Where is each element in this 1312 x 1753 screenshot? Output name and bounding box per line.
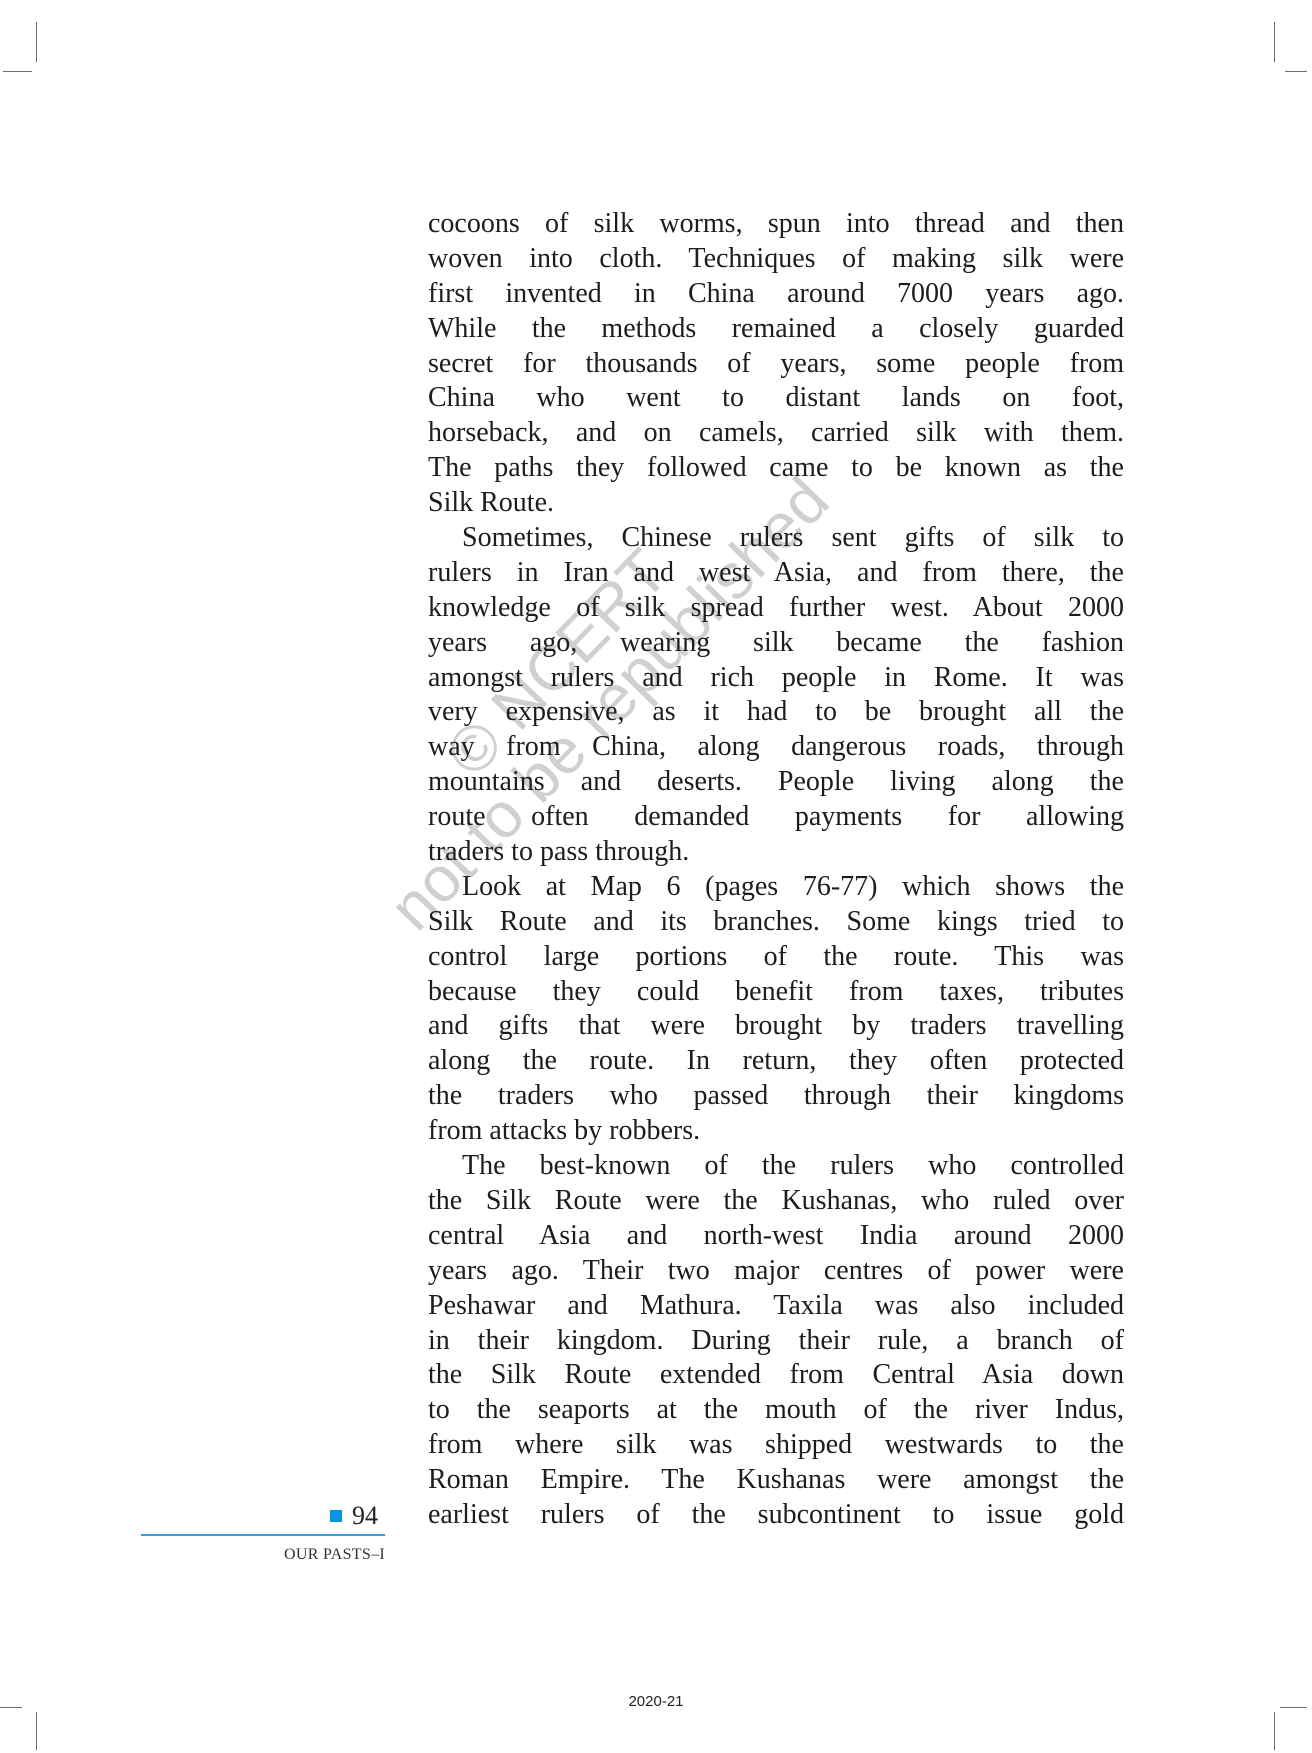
book-title: OUR PASTS–I (252, 1546, 385, 1564)
page-folio: 94 (330, 1503, 378, 1529)
text-line: years ago. Their two major centres of po… (428, 1254, 1124, 1289)
text-line: mountains and deserts. People living alo… (428, 765, 1124, 800)
text-line: route often demanded payments for allowi… (428, 800, 1124, 835)
crop-mark-top-right-horizontal (1285, 71, 1307, 72)
text-line: knowledge of silk spread further west. A… (428, 591, 1124, 626)
text-line: first invented in China around 7000 year… (428, 277, 1124, 312)
body-text: cocoons of silk worms, spun into thread … (428, 207, 1124, 1533)
text-line: The best-known of the rulers who control… (428, 1149, 1124, 1184)
text-line: central Asia and north-west India around… (428, 1219, 1124, 1254)
text-line: the Silk Route extended from Central Asi… (428, 1358, 1124, 1393)
text-line: secret for thousands of years, some peop… (428, 347, 1124, 382)
text-line: very expensive, as it had to be brought … (428, 695, 1124, 730)
text-line: amongst rulers and rich people in Rome. … (428, 661, 1124, 696)
text-line: The paths they followed came to be known… (428, 451, 1124, 486)
crop-mark-bottom-left-vertical (36, 1712, 37, 1750)
text-line: earliest rulers of the subcontinent to i… (428, 1498, 1124, 1533)
folio-divider (141, 1534, 385, 1536)
text-line: from attacks by robbers. (428, 1114, 1124, 1149)
text-line: the Silk Route were the Kushanas, who ru… (428, 1184, 1124, 1219)
text-line: in their kingdom. During their rule, a b… (428, 1324, 1124, 1359)
text-line: to the seaports at the mouth of the rive… (428, 1393, 1124, 1428)
text-line: Roman Empire. The Kushanas were amongst … (428, 1463, 1124, 1498)
text-line: China who went to distant lands on foot, (428, 381, 1124, 416)
text-line: along the route. In return, they often p… (428, 1044, 1124, 1079)
text-line: Silk Route. (428, 486, 1124, 521)
text-line: from where silk was shipped westwards to… (428, 1428, 1124, 1463)
crop-mark-top-right-vertical (1274, 22, 1275, 62)
text-line: Sometimes, Chinese rulers sent gifts of … (428, 521, 1124, 556)
text-line: and gifts that were brought by traders t… (428, 1009, 1124, 1044)
text-line: because they could benefit from taxes, t… (428, 975, 1124, 1010)
crop-mark-top-left-vertical (36, 22, 37, 62)
text-line: way from China, along dangerous roads, t… (428, 730, 1124, 765)
crop-mark-bottom-right-vertical (1274, 1712, 1275, 1750)
text-line: woven into cloth. Techniques of making s… (428, 242, 1124, 277)
text-line: years ago, wearing silk became the fashi… (428, 626, 1124, 661)
text-line: cocoons of silk worms, spun into thread … (428, 207, 1124, 242)
page-number: 94 (352, 1501, 378, 1531)
text-line: Look at Map 6 (pages 76-77) which shows … (428, 870, 1124, 905)
text-line: the traders who passed through their kin… (428, 1079, 1124, 1114)
crop-mark-bottom-right-horizontal (1280, 1707, 1307, 1708)
square-bullet-icon (330, 1510, 342, 1522)
text-line: While the methods remained a closely gua… (428, 312, 1124, 347)
text-line: rulers in Iran and west Asia, and from t… (428, 556, 1124, 591)
text-line: traders to pass through. (428, 835, 1124, 870)
text-line: Peshawar and Mathura. Taxila was also in… (428, 1289, 1124, 1324)
crop-mark-bottom-left-horizontal (0, 1707, 22, 1708)
text-line: Silk Route and its branches. Some kings … (428, 905, 1124, 940)
text-line: horseback, and on camels, carried silk w… (428, 416, 1124, 451)
text-line: control large portions of the route. Thi… (428, 940, 1124, 975)
crop-mark-top-left-horizontal (3, 71, 32, 72)
edition-year: 2020-21 (600, 1693, 712, 1710)
